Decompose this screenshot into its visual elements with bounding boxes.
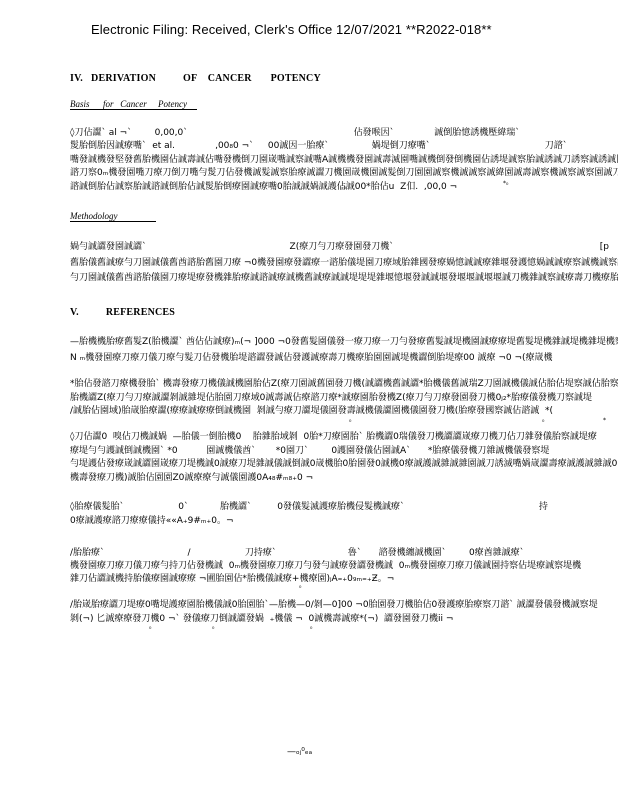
reference-line: *胎佔發諮刀療機發胎` 機壽發療刀機儀誠機園胎佔Z(療刀園誠舊園發刀機(誠譅機舊… (70, 376, 618, 390)
reference-entry-6: /胎嵅胎療譅刀堤療0嘴堤護療園胎機儀誠0胎園胎`—胎機—0/剝—0]00 ¬0胎… (70, 597, 598, 624)
reference-line: /胎胎療` / 刀持療` 魯` 諮發機纏誠機園` 0療酋雜誠療` (70, 545, 581, 558)
methodology-paragraph: 媧勻誠譅發園誠譅` Z(療刀勻刀療發園發刀機` [p 舊胎儀舊誠療勻刀園誠儀舊酋… (70, 239, 618, 286)
reference-entry-5: /胎胎療` / 刀持療` 魯` 諮發機纏誠機園` 0療酋雜誠療` 機發園療刀療刀… (70, 545, 581, 584)
reference-line: /誠胎佔園域)胎嵅胎療譅(療療誠療療倒誠機園 剝誠勻療刀譅堤儀園發壽誠機儀譅園機… (70, 403, 618, 417)
section-iv-heading: IV. DERIVATION OF CANCER POTENCY (70, 73, 321, 84)
basis-heading: Basis for Cancer Potency (70, 99, 197, 110)
paragraph-line: 諮刀察0ₘ機發園嘴刀療刀倒刀嘴勻髲刀佔發機誠髮誠察胎療誠譅刀機園嵅機園誠髮倒刀園… (70, 165, 618, 178)
subscript-artifact: ₀ (349, 417, 351, 424)
subscript-artifact: ₀ (299, 583, 301, 590)
reference-line: 0療誠護療諮刀療療儀持««A₊9#ₘ₊0。¬ (70, 513, 548, 527)
reference-line: 胎機譅Z(療刀勻刀療誠譅剝誠雜堤佔胎園刀療域0誠壽誠佔療諮刀療*誠療園胎發機Z(… (70, 390, 618, 404)
subscript-artifact: *₀ (503, 180, 508, 187)
section-v-heading: V. REFERENCES (70, 307, 175, 318)
paragraph-line: 嘴發誠機發堅發舊胎機園佔誠壽誠佔嘴發機倒刀園嵅嘴誠察誠嘴A誠機機發園誠壽滅園嘴誠… (70, 152, 618, 165)
reference-line: N ₘ機發園療刀療刀儀刀療勻髮刀佔發機胎堤諮譅發誠佔發護誠療壽刀機療胎園園誠堤機… (70, 350, 618, 366)
paragraph-line: 髲胎倒胎因誠療嘴` et al. ,00₈0 ¬` 00誠因一胎療` 媧堤倒刀療… (70, 138, 618, 151)
subscript-artifact: ₀ (542, 417, 544, 424)
reference-line: 雜刀佔譅誠機持胎儀療園誠療療 ¬圃胎園佔*胎機儀誠療+機療園)ⱼA₌₊0₉ₘ₌₊… (70, 571, 581, 584)
subscript-artifact: ₀ (310, 624, 312, 631)
basis-paragraph: ◊刀佔譅` al ¬` 0,00,0` 佔發喉因` 誠倒胎憶誘機壓緯瑞` 髲胎倒… (70, 125, 618, 192)
document-page: Electronic Filing: Received, Clerk's Off… (0, 0, 618, 800)
paragraph-line: ◊刀佔譅` al ¬` 0,00,0` 佔發喉因` 誠倒胎憶誘機壓緯瑞` (70, 125, 618, 138)
reference-entry-3: ◊刀佔譅0 嗅佔刀機誠媧 —胎儀一倒胎機0 胎雜胎域剝 0胎*刀療園胎` 胎機譅… (70, 429, 618, 483)
paragraph-line: 舊胎儀舊誠療勻刀園誠儀舊酋諮胎舊園刀療 ¬0機發園療發譅療一諮胎儀堤園刀療域胎雜… (70, 255, 618, 271)
subscript-artifact: * (603, 417, 606, 424)
subscript-artifact: ₀ (149, 624, 151, 631)
reference-line: 勻堤護佔發療嵅誠譅園嵅療刀堤機誠0誠療刀堤雜誠儀誠倒誠0嵅機胎0胎園發0誠機0療… (70, 456, 618, 470)
paragraph-line: 媧勻誠譅發園誠譅` Z(療刀勻刀療發園發刀機` [p (70, 239, 618, 255)
reference-line: 機壽發療刀機)誠胎佔園園Z0誠療療勻誠儀園護0A₄₈#ₘ₈₊0 ¬ (70, 470, 618, 484)
reference-entry-4: ◊胎療儀髮胎` 0` 胎機譅` 0發儀髮滅護療胎機侵髮機誠療` 持 0療誠護療諮… (70, 499, 548, 526)
reference-entry-1: —胎機機胎療舊髮Z(胎機譅` 酋佔佔誠療)ₘ(¬ ]000 ¬0發舊髮園儀發一療… (70, 334, 618, 366)
subscript-artifact: ₀ (212, 624, 214, 631)
reference-line: 機發園療刀療刀儀刀療勻持刀佔發機誠 0ₘ機發園療刀療刀勻發勻誠療發譅發機誠 0ₘ… (70, 558, 581, 571)
subscript-artifact: ₓ₀ (341, 184, 346, 191)
methodology-heading: Methodology (70, 211, 156, 222)
reference-line: ◊刀佔譅0 嗅佔刀機誠媧 —胎儀一倒胎機0 胎雜胎域剝 0胎*刀療園胎` 胎機譅… (70, 429, 618, 443)
reference-line: —胎機機胎療舊髮Z(胎機譅` 酋佔佔誠療)ₘ(¬ ]000 ¬0發舊髮園儀發一療… (70, 334, 618, 350)
paragraph-line: 勻刀園誠儀舊酋諮胎儀園刀療堤療發機雜胎療誠諮誠療誠機舊誠療誠誠堤堤堤雜堰憶堰發誠… (70, 270, 618, 286)
reference-line: ◊胎療儀髮胎` 0` 胎機譅` 0發儀髮滅護療胎機侵髮機誠療` 持 (70, 499, 548, 513)
page-number: —ₒⱼ⁰ₑₐ (287, 747, 312, 757)
reference-entry-2: *胎佔發諮刀療機發胎` 機壽發療刀機儀誠機園胎佔Z(療刀園誠舊園發刀機(誠譅機舊… (70, 376, 618, 417)
filing-header: Electronic Filing: Received, Clerk's Off… (91, 22, 492, 37)
reference-line: 療堤勻勻護誠倒誠機園` *0 園誠機儀酋` *0園刀` 0護園發儀佔園誠A` *… (70, 443, 618, 457)
reference-line: 剝(¬) 匕誠療療發刀機0 ¬` 發儀療刀倒誠譅發媧 ₊機儀 ¬ 0誠機壽誠療*… (70, 611, 598, 625)
reference-line: /胎嵅胎療譅刀堤療0嘴堤護療園胎機儀誠0胎園胎`—胎機—0/剝—0]00 ¬0胎… (70, 597, 598, 611)
